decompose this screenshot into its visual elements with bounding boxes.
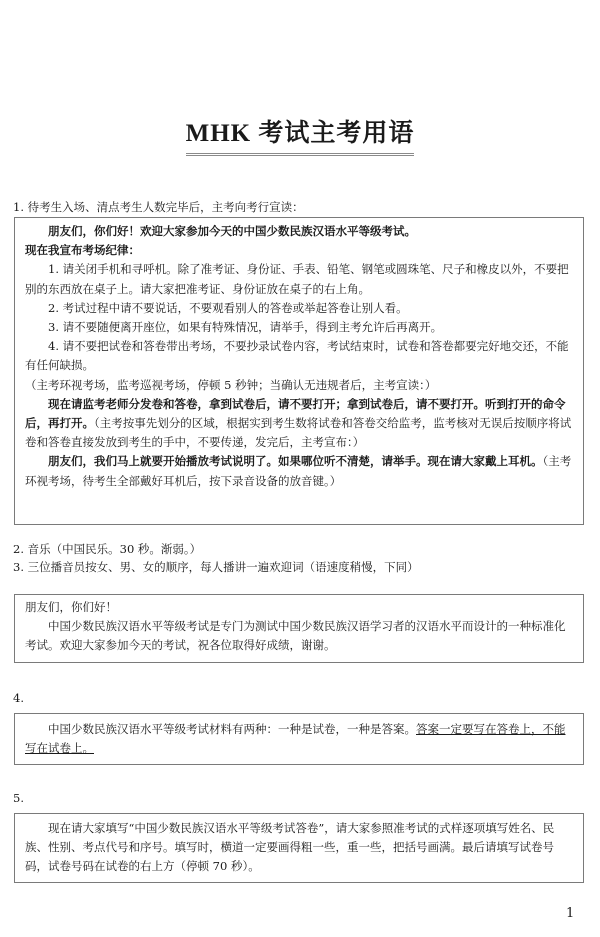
section-3-heading: 3. 三位播音员按女、男、女的顺序，每人播讲一遍欢迎词（语速度稍慢，下同） xyxy=(13,559,419,576)
section-3-box: 朋友们，你们好！ 中国少数民族汉语水平等级考试是专门为测试中国少数民族汉语学习者… xyxy=(14,594,584,663)
stage-note: （主考环视考场，监考巡视考场，停顿 5 秒钟；当确认无违规者后，主考宣读：） xyxy=(25,376,573,395)
section-4-heading: 4. xyxy=(13,690,24,707)
headphones-paragraph: 朋友们，我们马上就要开始播放考试说明了。如果哪位听不清楚，请举手。现在请大家戴上… xyxy=(25,452,573,490)
title-container: MHK 考试主考用语 xyxy=(0,113,600,156)
materials-text: 中国少数民族汉语水平等级考试材料有两种：一种是试卷，一种是答案。 xyxy=(48,722,416,736)
section-1-box: 朋友们，你们好！欢迎大家参加今天的中国少数民族汉语水平等级考试。 现在我宣布考场… xyxy=(14,217,584,525)
rules-intro: 现在我宣布考场纪律： xyxy=(25,241,573,260)
rule-item: 1. 请关闭手机和寻呼机。除了准考证、身份证、手表、铅笔、钢笔或圆珠笔、尺子和橡… xyxy=(25,260,573,298)
rule-item: 2. 考试过程中请不要说话，不要观看别人的答卷或举起答卷让别人看。 xyxy=(25,299,573,318)
headphones-instruction: 朋友们，我们马上就要开始播放考试说明了。如果哪位听不清楚，请举手。现在请大家戴上… xyxy=(48,454,543,468)
section-1-heading: 1. 待考生入场、清点考生人数完毕后，主考向考行宣读： xyxy=(13,199,304,216)
section-2-heading: 2. 音乐（中国民乐。30 秒。渐弱。） xyxy=(13,541,201,558)
page-title: MHK 考试主考用语 xyxy=(186,113,415,156)
greeting-text: 朋友们，你们好！欢迎大家参加今天的中国少数民族汉语水平等级考试。 xyxy=(25,222,573,241)
page-number: 1 xyxy=(566,906,574,921)
section-5-heading: 5. xyxy=(13,790,24,807)
section-5-box: 现在请大家填写“中国少数民族汉语水平等级考试答卷”，请大家参照准考试的式样逐项填… xyxy=(14,813,584,883)
welcome-greeting: 朋友们，你们好！ xyxy=(25,598,573,617)
section-4-box: 中国少数民族汉语水平等级考试材料有两种：一种是试卷，一种是答案。答案一定要写在答… xyxy=(14,713,584,765)
welcome-body: 中国少数民族汉语水平等级考试是专门为测试中国少数民族汉语学习者的汉语水平而设计的… xyxy=(25,617,573,655)
distribute-note: （主考按事先划分的区域，根据实到考生数将试卷和答卷交给监考，监考核对无误后按顺序… xyxy=(25,416,571,449)
fill-form-instructions: 现在请大家填写“中国少数民族汉语水平等级考试答卷”，请大家参照准考试的式样逐项填… xyxy=(25,819,573,877)
distribute-paragraph: 现在请监考老师分发卷和答卷，拿到试卷后，请不要打开；拿到试卷后，请不要打开。听到… xyxy=(25,395,573,453)
rule-item: 3. 请不要随便离开座位，如果有特殊情况，请举手，得到主考允许后再离开。 xyxy=(25,318,573,337)
rule-item: 4. 请不要把试卷和答卷带出考场，不要抄录试卷内容，考试结束时，试卷和答卷都要完… xyxy=(25,337,573,375)
materials-paragraph: 中国少数民族汉语水平等级考试材料有两种：一种是试卷，一种是答案。答案一定要写在答… xyxy=(25,720,573,758)
